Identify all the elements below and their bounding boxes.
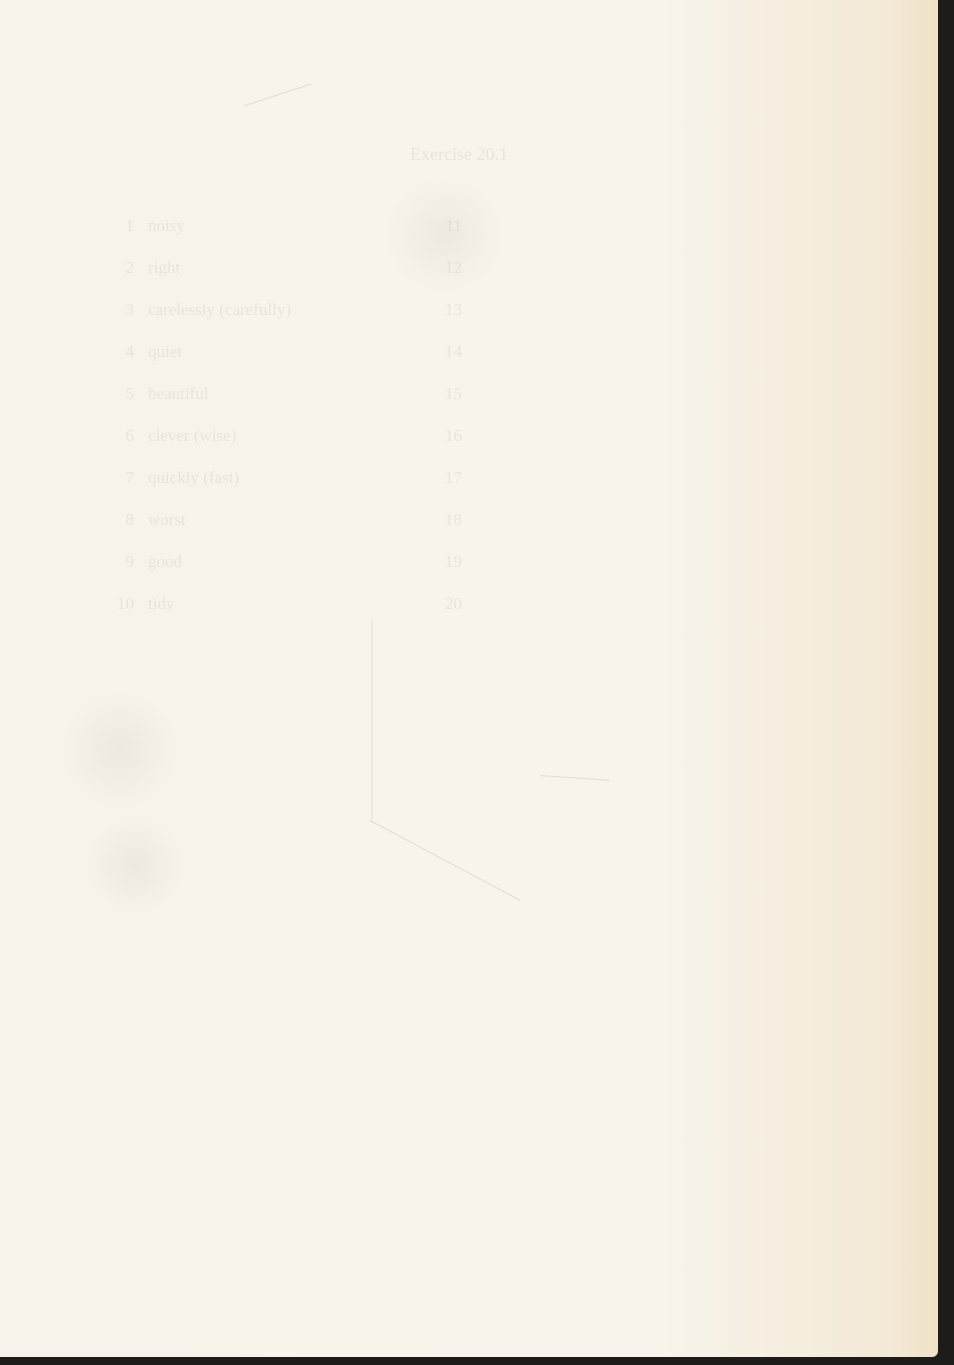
show-through-middle-column: 11 12 13 14 15 16 17 18 19 20 [440, 205, 476, 625]
scratch-mark [245, 83, 312, 106]
list-item: 3carelessly (carefully) [112, 289, 291, 331]
list-item: 15 [440, 373, 476, 415]
list-item: 13 [440, 289, 476, 331]
list-item: 6clever (wise) [112, 415, 291, 457]
list-item: 17 [440, 457, 476, 499]
list-item: 4quiet [112, 331, 291, 373]
scratch-mark [370, 820, 521, 901]
list-item: 8worst [112, 499, 291, 541]
list-item: 19 [440, 541, 476, 583]
show-through-left-column: 1noisy 2right 3carelessly (carefully) 4q… [112, 205, 291, 625]
list-item: 5beautiful [112, 373, 291, 415]
list-item: 10tidy [112, 583, 291, 625]
scratch-mark [540, 775, 610, 781]
list-item: 9good [112, 541, 291, 583]
list-item: 14 [440, 331, 476, 373]
list-item: 1noisy [112, 205, 291, 247]
list-item: 16 [440, 415, 476, 457]
stain [60, 690, 180, 810]
list-item: 2right [112, 247, 291, 289]
blank-page: Exercise 20.1 1noisy 2right 3carelessly … [0, 0, 938, 1357]
stain [80, 820, 190, 910]
list-item: 18 [440, 499, 476, 541]
show-through-heading: Exercise 20.1 [410, 144, 508, 165]
scratch-mark [372, 621, 373, 821]
list-item: 12 [440, 247, 476, 289]
list-item: 11 [440, 205, 476, 247]
list-item: 7quickly (fast) [112, 457, 291, 499]
list-item: 20 [440, 583, 476, 625]
